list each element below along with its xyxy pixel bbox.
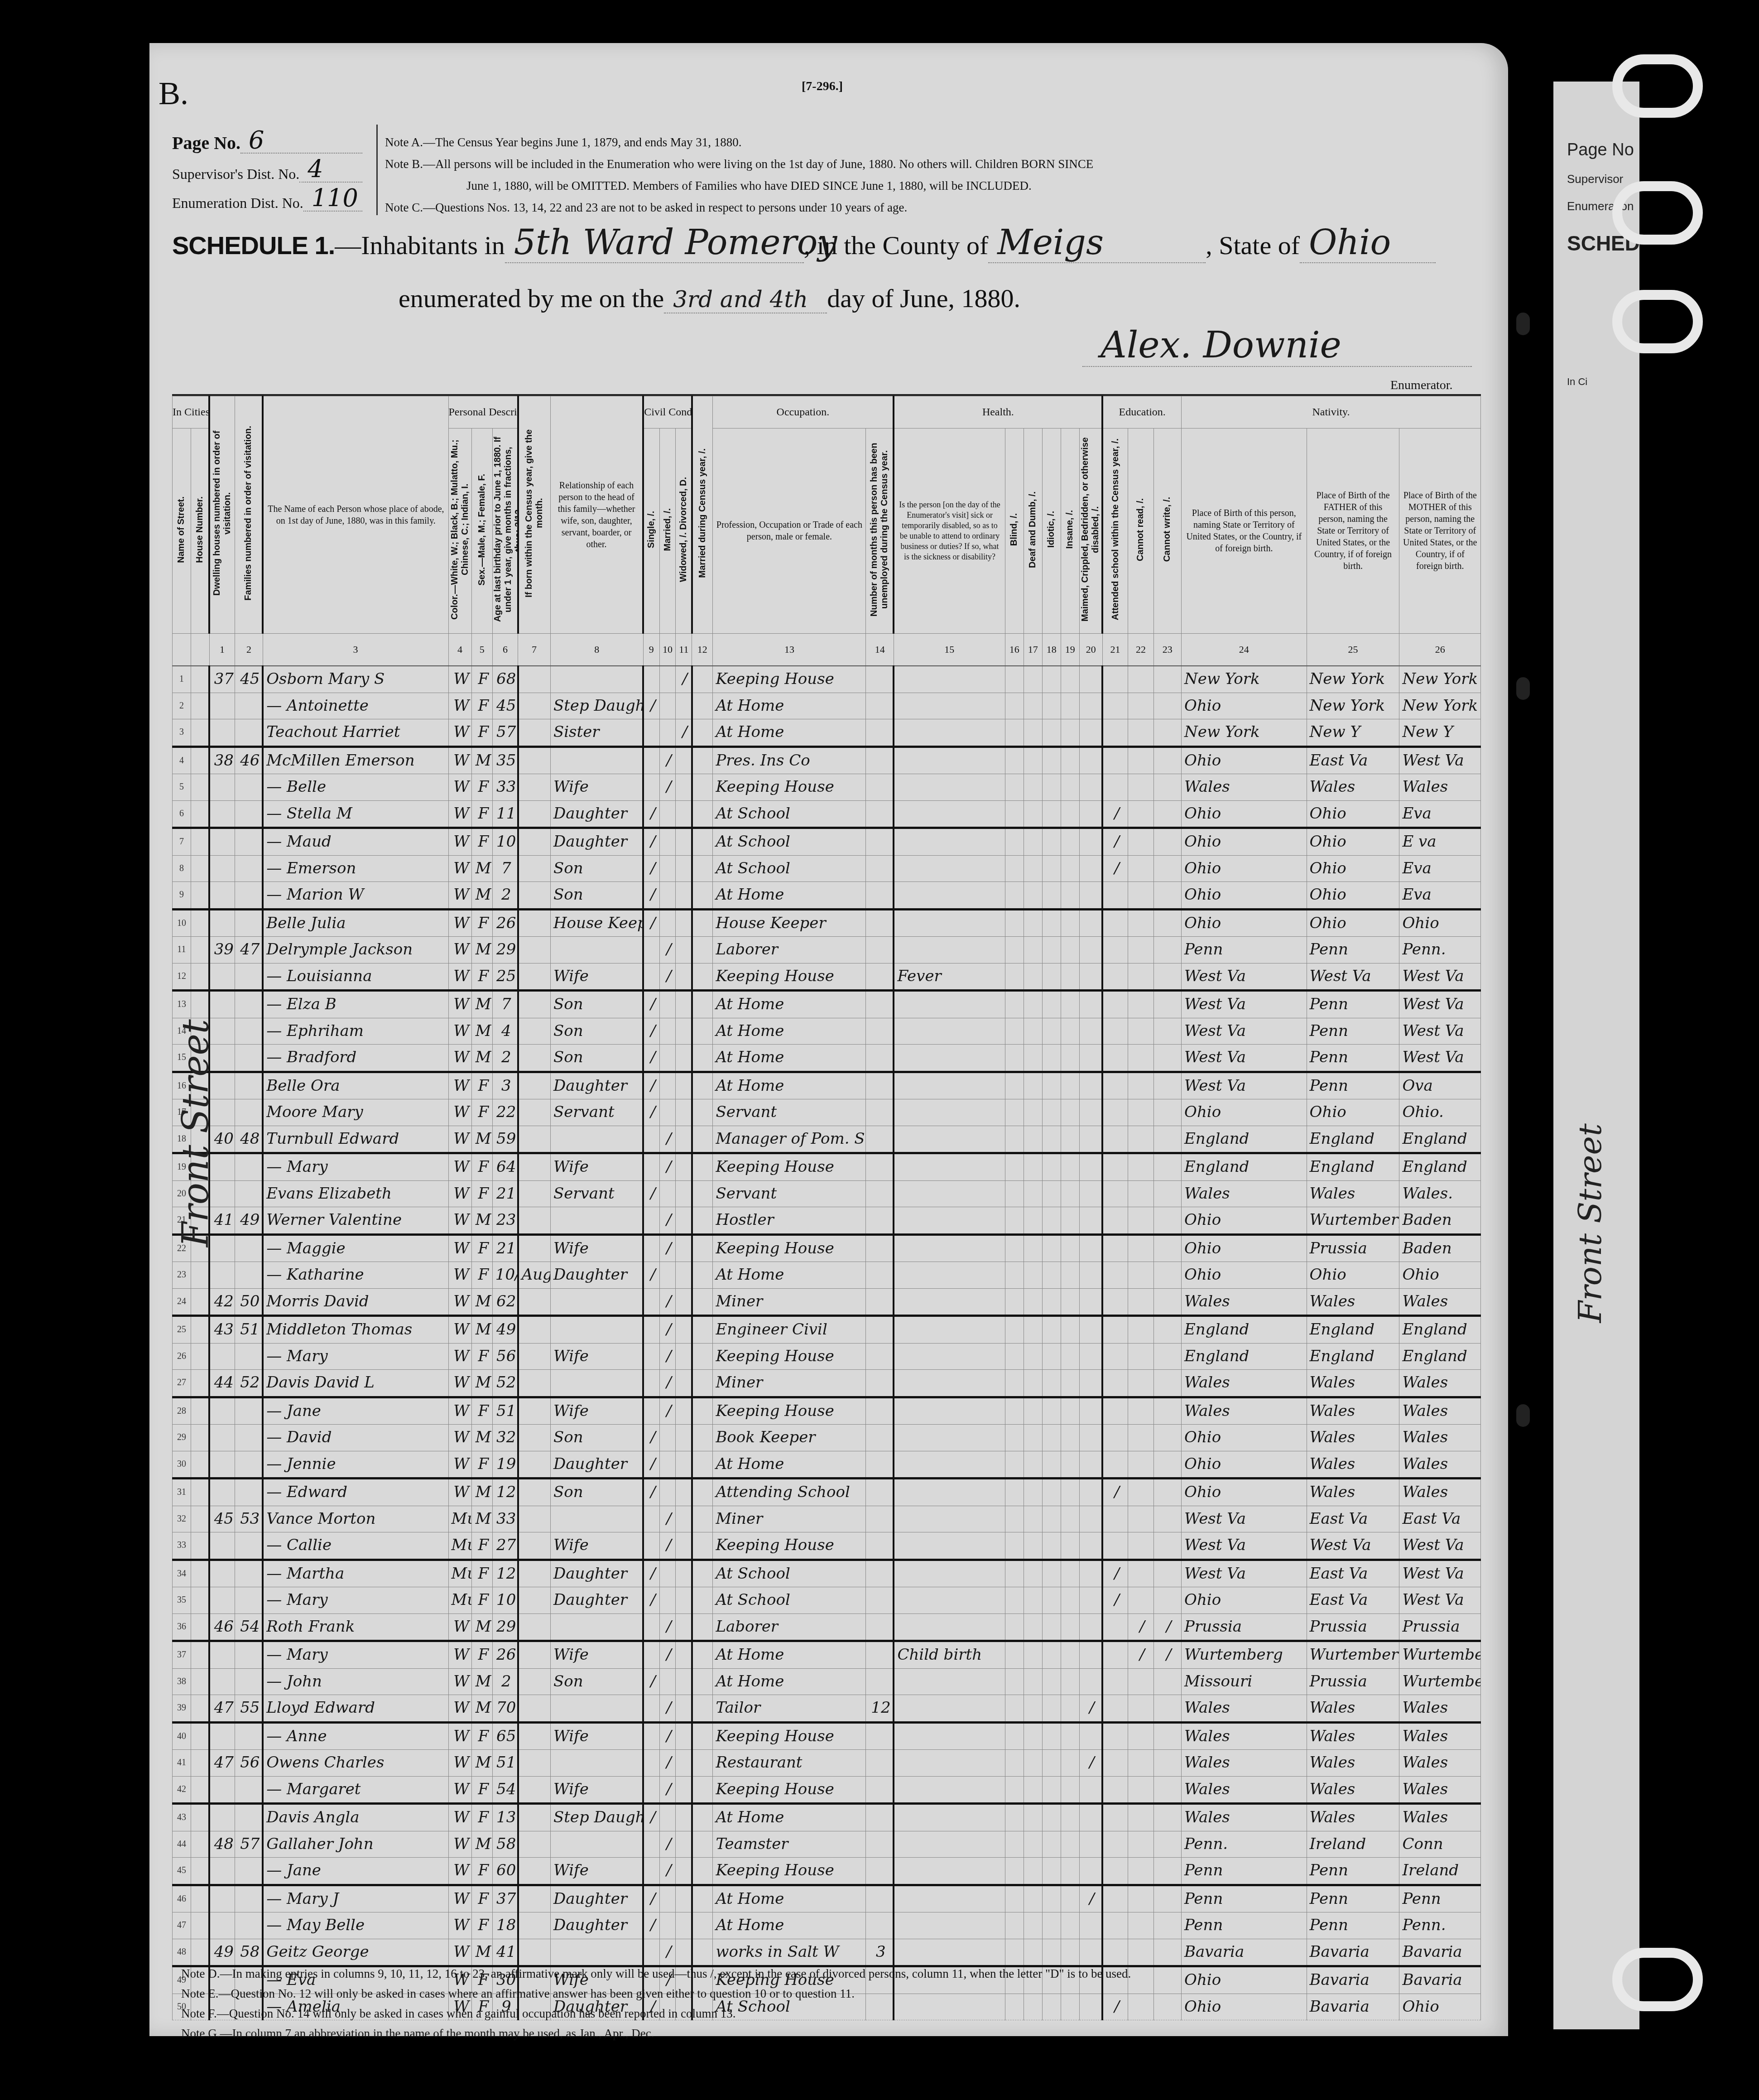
age: 27 [492, 1532, 518, 1560]
birthplace: Ohio [1182, 800, 1307, 828]
married-census-year-mark [692, 1451, 713, 1479]
sex: M [471, 1018, 492, 1045]
dwelling-number [209, 1668, 235, 1695]
relationship: Wife [550, 1858, 643, 1885]
cannot-read-mark [1128, 666, 1153, 693]
married-census-year-mark [692, 774, 713, 801]
dwelling-number [209, 693, 235, 719]
cannot-write-mark [1153, 1045, 1181, 1072]
blind-mark [1005, 909, 1024, 937]
mother-birthplace: West Va [1399, 1045, 1481, 1072]
street-annotation: Front Street [174, 1019, 216, 1247]
relationship: Wife [550, 1397, 643, 1425]
age: 7 [492, 855, 518, 882]
header-deaf-dumb: Deaf and Dumb, /. [1028, 491, 1038, 568]
blind-mark [1005, 1234, 1024, 1262]
attended-school-mark [1102, 1912, 1128, 1939]
relationship [550, 937, 643, 963]
adjacent-street-annotation: Front Street [1572, 1123, 1609, 1323]
instruction-notes: Note A.—The Census Year begins June 1, 1… [385, 131, 1427, 218]
months-unemployed [866, 1560, 894, 1587]
months-unemployed [866, 1750, 894, 1777]
age: 32 [492, 1425, 518, 1451]
family-number [235, 1045, 263, 1072]
blind-mark [1005, 991, 1024, 1018]
single-mark [643, 1776, 659, 1804]
widowed-mark [676, 1506, 692, 1532]
street-cell [191, 1397, 209, 1425]
cannot-read-mark [1128, 855, 1153, 882]
age: 51 [492, 1397, 518, 1425]
sickness [894, 1099, 1005, 1126]
widowed-mark [676, 1018, 692, 1045]
insane-mark [1061, 1804, 1079, 1831]
row-number: 28 [173, 1397, 191, 1425]
attended-school-mark [1102, 1018, 1128, 1045]
color: W [448, 1099, 471, 1126]
cannot-write-mark [1153, 1722, 1181, 1750]
mother-birthplace: Wales [1399, 1451, 1481, 1479]
group-occupation: Occupation. [713, 396, 894, 429]
idiotic-mark [1042, 1370, 1061, 1397]
person-name: — Mary J [263, 1885, 448, 1912]
birthplace: England [1182, 1316, 1307, 1344]
maimed-mark [1079, 1262, 1102, 1289]
relationship: Son [550, 855, 643, 882]
deaf-dumb-mark [1024, 1587, 1042, 1614]
maimed-mark [1079, 747, 1102, 774]
color: W [448, 1750, 471, 1777]
mother-birthplace: West Va [1399, 747, 1481, 774]
cannot-write-mark [1153, 1180, 1181, 1207]
attended-school-mark [1102, 1288, 1128, 1316]
married-census-year-mark [692, 1560, 713, 1587]
sex: F [471, 909, 492, 937]
father-birthplace: New York [1307, 693, 1399, 719]
months-unemployed [866, 1776, 894, 1804]
footer-notes: Note D.—In making entries in columns 9, … [181, 1964, 1449, 2043]
sickness [894, 1370, 1005, 1397]
relationship [550, 666, 643, 693]
maimed-mark [1079, 1506, 1102, 1532]
birthplace: England [1182, 1153, 1307, 1181]
widowed-mark [676, 800, 692, 828]
birth-month [518, 1397, 551, 1425]
sex: F [471, 1153, 492, 1181]
birthplace: Wales [1182, 774, 1307, 801]
single-mark: / [643, 828, 659, 856]
row-number: 35 [173, 1587, 191, 1614]
dwelling-number [209, 1397, 235, 1425]
family-number [235, 774, 263, 801]
table-row: 484958Geitz GeorgeWM41/works in Salt W3B… [173, 1939, 1481, 1966]
cannot-write-mark [1153, 1072, 1181, 1099]
deaf-dumb-mark [1024, 1234, 1042, 1262]
birth-month [518, 1831, 551, 1858]
dwelling-number [209, 1587, 235, 1614]
header-married: Married, /. [663, 508, 673, 551]
birthplace: West Va [1182, 963, 1307, 991]
single-mark [643, 1343, 659, 1370]
row-number: 48 [173, 1939, 191, 1966]
cannot-write-mark [1153, 937, 1181, 963]
months-unemployed [866, 991, 894, 1018]
person-name: Davis Angla [263, 1804, 448, 1831]
age: 26 [492, 909, 518, 937]
maimed-mark [1079, 1045, 1102, 1072]
enumerated-label: enumerated by me on the [399, 283, 664, 313]
deaf-dumb-mark [1024, 1153, 1042, 1181]
column-number: 25 [1307, 634, 1399, 666]
person-name: Moore Mary [263, 1099, 448, 1126]
attended-school-mark: / [1102, 1587, 1128, 1614]
insane-mark [1061, 1506, 1079, 1532]
birthplace: Wales [1182, 1180, 1307, 1207]
page-letter: B. [159, 75, 188, 112]
birthplace: Ohio [1182, 1425, 1307, 1451]
person-name: — Katharine [263, 1262, 448, 1289]
sex: F [471, 1262, 492, 1289]
married-census-year-mark [692, 1532, 713, 1560]
blind-mark [1005, 1722, 1024, 1750]
married-mark [659, 1587, 676, 1614]
married-mark [659, 828, 676, 856]
table-row: 364654Roth FrankWM29/Laborer//PrussiaPru… [173, 1614, 1481, 1641]
age: 2 [492, 882, 518, 910]
months-unemployed [866, 1532, 894, 1560]
maimed-mark [1079, 1425, 1102, 1451]
deaf-dumb-mark [1024, 1614, 1042, 1641]
cannot-read-mark [1128, 1668, 1153, 1695]
married-census-year-mark [692, 1045, 713, 1072]
cannot-write-mark [1153, 1153, 1181, 1181]
months-unemployed [866, 1668, 894, 1695]
census-table-body: 1234567891011121314151617181920212223242… [173, 634, 1481, 2020]
table-row: 40— AnneWF65Wife/Keeping HouseWalesWales… [173, 1722, 1481, 1750]
insane-mark [1061, 855, 1079, 882]
age: 62 [492, 1288, 518, 1316]
relationship: Step Daughter [550, 1804, 643, 1831]
relationship: Wife [550, 1776, 643, 1804]
married-census-year-mark [692, 1831, 713, 1858]
birth-month [518, 1207, 551, 1235]
header-occupation: Profession, Occupation or Trade of each … [713, 429, 866, 634]
insane-mark [1061, 991, 1079, 1018]
family-number [235, 1153, 263, 1181]
insane-mark [1061, 1560, 1079, 1587]
birthplace: West Va [1182, 1018, 1307, 1045]
father-birthplace: Wales [1307, 1804, 1399, 1831]
father-birthplace: Penn [1307, 1858, 1399, 1885]
color: W [448, 1180, 471, 1207]
sex: F [471, 1587, 492, 1614]
sickness [894, 1912, 1005, 1939]
color: W [448, 1316, 471, 1344]
idiotic-mark [1042, 1397, 1061, 1425]
attended-school-mark: / [1102, 1479, 1128, 1506]
column-number: 18 [1042, 634, 1061, 666]
sex: F [471, 1885, 492, 1912]
sex: M [471, 882, 492, 910]
age: 4 [492, 1018, 518, 1045]
birth-month [518, 1776, 551, 1804]
cannot-read-mark [1128, 1804, 1153, 1831]
relationship: Wife [550, 1722, 643, 1750]
column-number [191, 634, 209, 666]
maimed-mark [1079, 774, 1102, 801]
married-census-year-mark [692, 1912, 713, 1939]
row-number: 13 [173, 991, 191, 1018]
county-field: Meigs [988, 222, 1206, 263]
father-birthplace: Penn [1307, 1018, 1399, 1045]
street-cell [191, 882, 209, 910]
person-name: Roth Frank [263, 1614, 448, 1641]
maimed-mark [1079, 1099, 1102, 1126]
deaf-dumb-mark [1024, 1641, 1042, 1669]
blind-mark [1005, 1750, 1024, 1777]
attended-school-mark [1102, 1451, 1128, 1479]
age: 64 [492, 1153, 518, 1181]
family-number [235, 1451, 263, 1479]
person-name: — Mary [263, 1641, 448, 1669]
idiotic-mark [1042, 1425, 1061, 1451]
married-mark [659, 1912, 676, 1939]
sickness [894, 1587, 1005, 1614]
mother-birthplace: New York [1399, 693, 1481, 719]
blind-mark [1005, 1532, 1024, 1560]
table-row: 38— JohnWM2Son/At HomeMissouriPrussiaWur… [173, 1668, 1481, 1695]
idiotic-mark [1042, 1018, 1061, 1045]
relationship: Son [550, 1018, 643, 1045]
single-mark [643, 1153, 659, 1181]
form-code: [7-296.] [802, 79, 843, 94]
age: 13 [492, 1804, 518, 1831]
married-mark [659, 882, 676, 910]
family-number [235, 800, 263, 828]
cannot-read-mark [1128, 747, 1153, 774]
birth-month [518, 1099, 551, 1126]
color: W [448, 1776, 471, 1804]
married-mark: / [659, 1532, 676, 1560]
birth-month [518, 1425, 551, 1451]
single-mark [643, 1370, 659, 1397]
sickness [894, 1614, 1005, 1641]
row-number: 31 [173, 1479, 191, 1506]
age: 10/12 [492, 1262, 518, 1289]
months-unemployed [866, 800, 894, 828]
dwelling-number: 45 [209, 1506, 235, 1532]
married-mark [659, 1099, 676, 1126]
married-mark: / [659, 1506, 676, 1532]
family-number [235, 1885, 263, 1912]
blind-mark [1005, 1939, 1024, 1966]
person-name: Turnbull Edward [263, 1126, 448, 1153]
insane-mark [1061, 1126, 1079, 1153]
birthplace: Wales [1182, 1804, 1307, 1831]
column-number: 7 [518, 634, 551, 666]
married-mark: / [659, 963, 676, 991]
father-birthplace: Ohio [1307, 882, 1399, 910]
relationship [550, 1207, 643, 1235]
idiotic-mark [1042, 1587, 1061, 1614]
birth-month [518, 1018, 551, 1045]
table-row: 9— Marion WWM2Son/At HomeOhioOhioEva [173, 882, 1481, 910]
married-census-year-mark [692, 1072, 713, 1099]
deaf-dumb-mark [1024, 1831, 1042, 1858]
street-cell [191, 1506, 209, 1532]
cannot-write-mark [1153, 1316, 1181, 1344]
sex: F [471, 828, 492, 856]
married-mark: / [659, 1397, 676, 1425]
attended-school-mark [1102, 963, 1128, 991]
birth-month [518, 1939, 551, 1966]
person-name: — Belle [263, 774, 448, 801]
maimed-mark [1079, 1316, 1102, 1344]
adjacent-page-label: Page No [1567, 140, 1634, 160]
age: 21 [492, 1234, 518, 1262]
street-cell [191, 1587, 209, 1614]
column-number: 5 [471, 634, 492, 666]
occupation: Teamster [713, 1831, 866, 1858]
note-c: Note C.—Questions Nos. 13, 14, 22 and 23… [385, 197, 1427, 218]
deaf-dumb-mark [1024, 1045, 1042, 1072]
sex: F [471, 1451, 492, 1479]
widowed-mark [676, 963, 692, 991]
person-name: — Mary [263, 1587, 448, 1614]
blind-mark [1005, 1099, 1024, 1126]
occupation: At Home [713, 1451, 866, 1479]
person-name: — Jennie [263, 1451, 448, 1479]
birthplace: Ohio [1182, 855, 1307, 882]
column-number: 15 [894, 634, 1005, 666]
sex: F [471, 963, 492, 991]
cannot-read-mark [1128, 1316, 1153, 1344]
family-number: 52 [235, 1370, 263, 1397]
color: W [448, 1912, 471, 1939]
age: 41 [492, 1939, 518, 1966]
color: W [448, 1370, 471, 1397]
street-cell [191, 719, 209, 747]
birth-month [518, 1804, 551, 1831]
cannot-read-mark [1128, 719, 1153, 747]
age: 33 [492, 774, 518, 801]
father-birthplace: Wales [1307, 1370, 1399, 1397]
day-of-june-label: day of June, 1880. [827, 283, 1020, 313]
binder-ring-icon [1612, 290, 1703, 353]
street-cell [191, 1722, 209, 1750]
single-mark: / [643, 1425, 659, 1451]
deaf-dumb-mark [1024, 747, 1042, 774]
cannot-read-mark [1128, 1479, 1153, 1506]
relationship [550, 1831, 643, 1858]
birthplace: Bavaria [1182, 1939, 1307, 1966]
mother-birthplace: New York [1399, 666, 1481, 693]
father-birthplace: England [1307, 1316, 1399, 1344]
table-row: 14— EphrihamWM4Son/At HomeWest VaPennWes… [173, 1018, 1481, 1045]
table-row: 6— Stella MWF11Daughter/At School/OhioOh… [173, 800, 1481, 828]
occupation: At Home [713, 1912, 866, 1939]
married-census-year-mark [692, 1343, 713, 1370]
married-census-year-mark [692, 1750, 713, 1777]
mother-birthplace: Wales [1399, 1722, 1481, 1750]
mother-birthplace: West Va [1399, 1587, 1481, 1614]
age: 11 [492, 800, 518, 828]
months-unemployed [866, 1614, 894, 1641]
married-mark: / [659, 1316, 676, 1344]
color: W [448, 693, 471, 719]
page-number-label: Page No. [172, 132, 240, 154]
insane-mark [1061, 800, 1079, 828]
group-personal-description: Personal Description. [448, 396, 518, 429]
occupation: Miner [713, 1370, 866, 1397]
widowed-mark [676, 1776, 692, 1804]
age: 70 [492, 1695, 518, 1723]
birth-month [518, 1560, 551, 1587]
age: 12 [492, 1560, 518, 1587]
single-mark [643, 1288, 659, 1316]
birthplace: England [1182, 1126, 1307, 1153]
mother-birthplace: Ohio [1399, 909, 1481, 937]
dwelling-number [209, 855, 235, 882]
widowed-mark [676, 991, 692, 1018]
binder-screw-icon [1516, 313, 1530, 335]
person-name: — Anne [263, 1722, 448, 1750]
cannot-write-mark [1153, 1750, 1181, 1777]
sickness [894, 1425, 1005, 1451]
relationship: Servant [550, 1099, 643, 1126]
street-cell [191, 1614, 209, 1641]
widowed-mark [676, 1370, 692, 1397]
attended-school-mark [1102, 666, 1128, 693]
color: W [448, 719, 471, 747]
cannot-write-mark [1153, 1776, 1181, 1804]
age: 54 [492, 1776, 518, 1804]
column-number: 1 [209, 634, 235, 666]
census-table-container: In Cities. Dwelling houses numbered in o… [172, 394, 1481, 1963]
table-row: 214149Werner ValentineWM23/HostlerOhioWu… [173, 1207, 1481, 1235]
occupation: Keeping House [713, 1343, 866, 1370]
supervisor-district-value: 4 [299, 157, 362, 183]
married-mark [659, 1885, 676, 1912]
father-birthplace: Wurtemberg [1307, 1207, 1399, 1235]
months-unemployed [866, 666, 894, 693]
sickness [894, 693, 1005, 719]
row-number: 4 [173, 747, 191, 774]
color: W [448, 1045, 471, 1072]
married-mark [659, 800, 676, 828]
family-number [235, 1668, 263, 1695]
age: 58 [492, 1831, 518, 1858]
table-row: 17Moore MaryWF22Servant/ServantOhioOhioO… [173, 1099, 1481, 1126]
months-unemployed [866, 1506, 894, 1532]
age: 35 [492, 747, 518, 774]
married-census-year-mark [692, 1234, 713, 1262]
father-birthplace: New York [1307, 666, 1399, 693]
insane-mark [1061, 1153, 1079, 1181]
street-cell [191, 1479, 209, 1506]
dwelling-number [209, 719, 235, 747]
age: 60 [492, 1858, 518, 1885]
occupation: At Home [713, 991, 866, 1018]
age: 52 [492, 1370, 518, 1397]
street-cell [191, 774, 209, 801]
maimed-mark [1079, 1532, 1102, 1560]
attended-school-mark [1102, 774, 1128, 801]
father-birthplace: Ohio [1307, 1099, 1399, 1126]
age: 23 [492, 1207, 518, 1235]
cannot-read-mark [1128, 1831, 1153, 1858]
cannot-write-mark [1153, 855, 1181, 882]
